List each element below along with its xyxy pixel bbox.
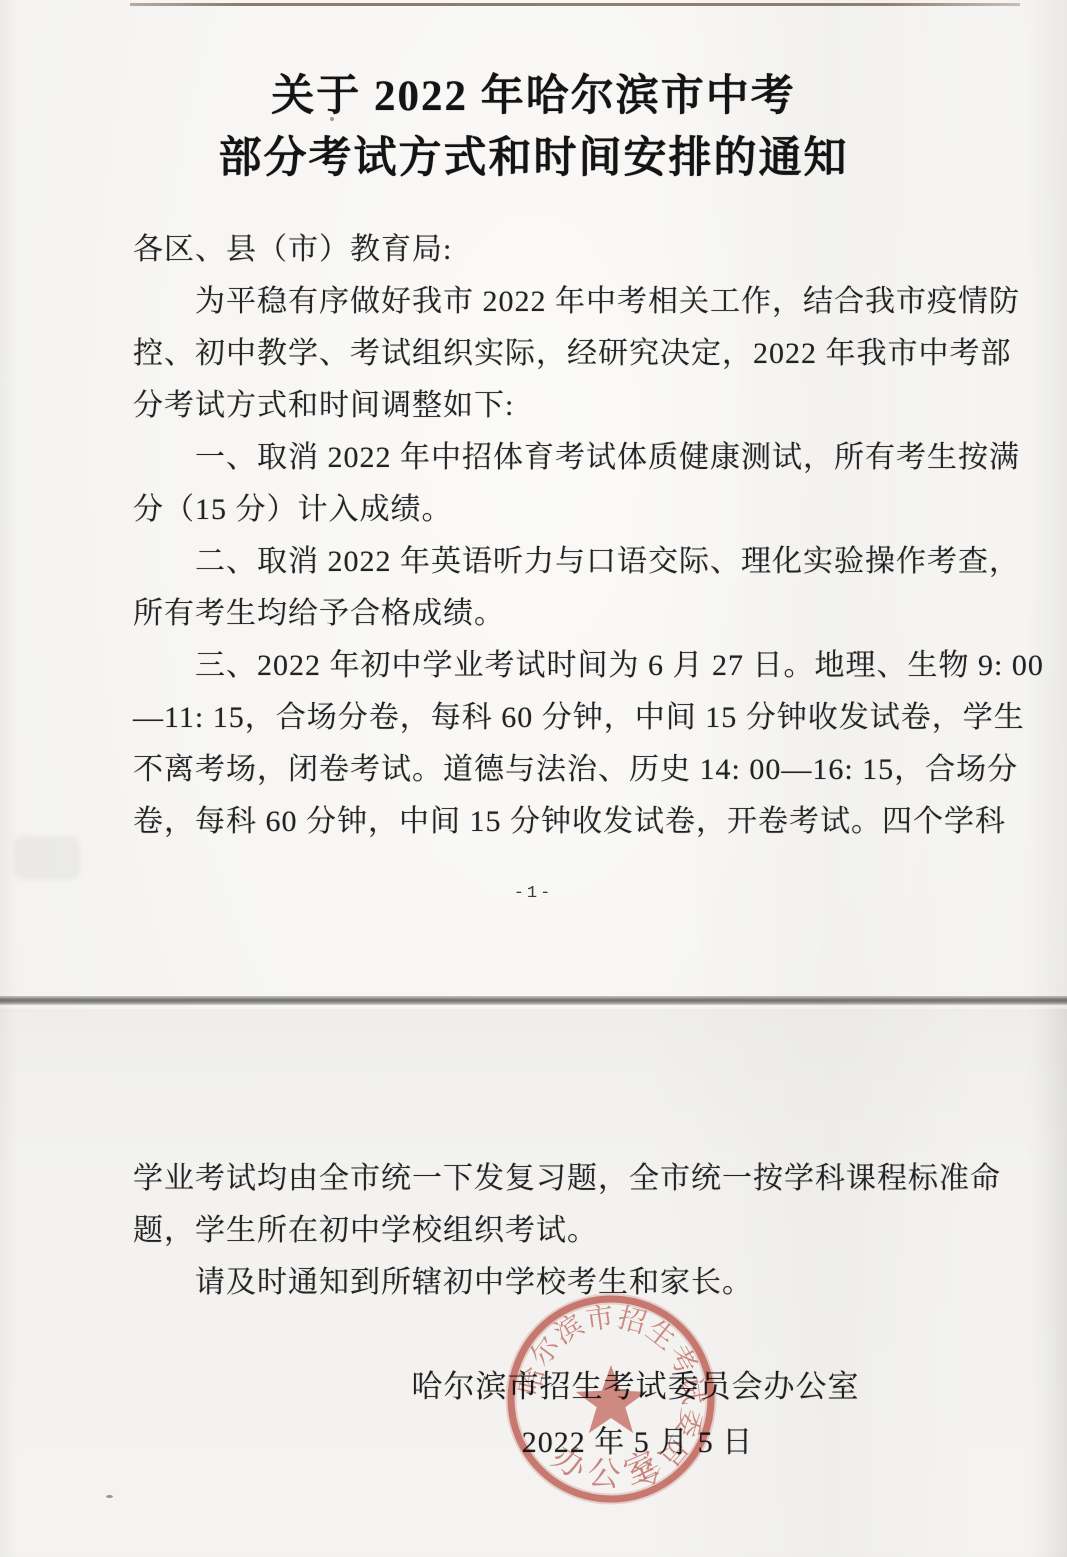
body-line: 分（15 分）计入成绩。 [133, 484, 965, 536]
star-icon [576, 1365, 646, 1433]
seal-ring-char: 试 [674, 1375, 709, 1406]
official-seal-stamp: 哈 尔 滨 市 招 生 考 试 委 员 会 办 公 室 [503, 1291, 719, 1507]
body-line: 学业考试均由全市统一下发复习题，全市统一按学科课程标准命 [133, 1153, 965, 1205]
seal-ring-char: 市 [584, 1301, 616, 1337]
page-joint-line [0, 996, 1067, 1005]
page-1-body: 各区、县（市）教育局: 为平稳有序做好我市 2022 年中考相关工作，结合我市疫… [133, 224, 965, 848]
salutation-line: 各区、县（市）教育局: [133, 224, 965, 276]
body-line: 分考试方式和时间调整如下: [133, 380, 965, 432]
body-line-item-1: 一、取消 2022 年中招体育考试体质健康测试，所有考生按满 [133, 432, 965, 484]
scan-smudge [14, 836, 80, 880]
page-1-region: 关于 2022 年哈尔滨市中考 部分考试方式和时间安排的通知 各区、县（市）教育… [0, 0, 1067, 1001]
body-line: 控、初中教学、考试组织实际，经研究决定，2022 年我市中考部 [133, 328, 965, 380]
body-line: 卷，每科 60 分钟，中间 15 分钟收发试卷，开卷考试。四个学科 [133, 796, 965, 848]
notice-title: 关于 2022 年哈尔滨市中考 部分考试方式和时间安排的通知 [0, 66, 1067, 190]
page-number: -1- [0, 884, 1067, 903]
page-2-region: 学业考试均由全市统一下发复习题，全市统一按学科课程标准命 题，学生所在初中学校组… [0, 1009, 1067, 1557]
notice-title-line-2: 部分考试方式和时间安排的通知 [0, 128, 1067, 190]
seal-bottom-char: 公 [586, 1456, 622, 1495]
notice-title-line-1: 关于 2022 年哈尔滨市中考 [0, 66, 1067, 128]
top-border-line [130, 3, 1020, 6]
body-line: —11: 15，合场分卷，每科 60 分钟，中间 15 分钟收发试卷，学生 [133, 692, 965, 744]
body-line: 所有考生均给予合格成绩。 [133, 588, 965, 640]
scanned-notice-document: 关于 2022 年哈尔滨市中考 部分考试方式和时间安排的通知 各区、县（市）教育… [0, 0, 1067, 1557]
body-line: 题，学生所在初中学校组织考试。 [133, 1205, 965, 1257]
scan-speck [330, 117, 334, 121]
body-line: 为平稳有序做好我市 2022 年中考相关工作，结合我市疫情防 [133, 276, 965, 328]
body-line: 不离考场，闭卷考试。道德与法治、历史 14: 00—16: 15，合场分 [133, 744, 965, 796]
body-line-item-3: 三、2022 年初中学业考试时间为 6 月 27 日。地理、生物 9: 00 [133, 640, 965, 692]
page-2-body: 学业考试均由全市统一下发复习题，全市统一按学科课程标准命 题，学生所在初中学校组… [133, 1153, 965, 1309]
body-line-item-2: 二、取消 2022 年英语听力与口语交际、理化实验操作考查， [133, 536, 965, 588]
scan-speck [106, 1495, 113, 1498]
